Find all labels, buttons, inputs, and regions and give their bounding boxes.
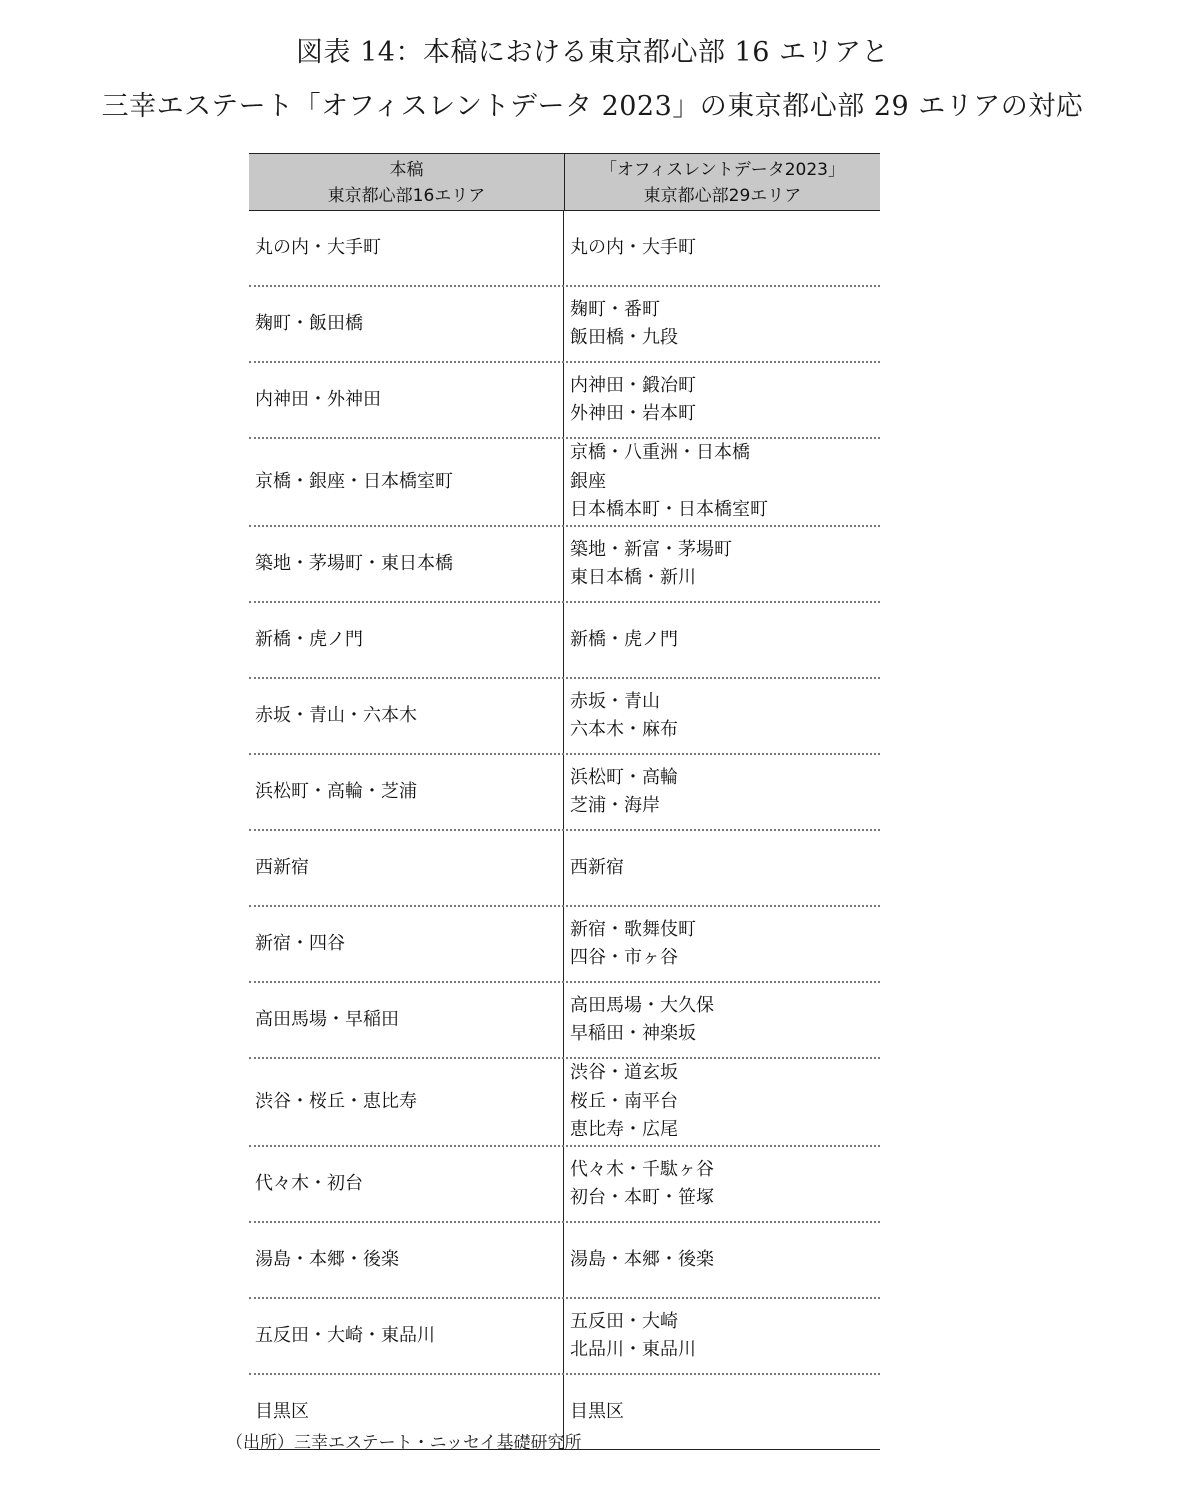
table-row: 五反田・大崎・東品川五反田・大崎北品川・東品川	[249, 1299, 880, 1375]
table-row: 赤坂・青山・六本木赤坂・青山六本木・麻布	[249, 679, 880, 755]
table-row: 内神田・外神田内神田・鍛冶町外神田・岩本町	[249, 363, 880, 439]
cell-rent-data-areas: 目黒区	[564, 1375, 879, 1449]
cell-rent-data-areas: 新橋・虎ノ門	[564, 603, 879, 677]
table-row: 西新宿西新宿	[249, 831, 880, 907]
cell-this-paper-area: 新橋・虎ノ門	[249, 603, 564, 677]
table-header: 本稿 東京都心部16エリア 「オフィスレントデータ2023」 東京都心部29エリ…	[249, 153, 880, 211]
table-row: 新橋・虎ノ門新橋・虎ノ門	[249, 603, 880, 679]
cell-this-paper-area: 高田馬場・早稲田	[249, 983, 564, 1057]
cell-this-paper-area: 京橋・銀座・日本橋室町	[249, 439, 564, 525]
cell-this-paper-area: 浜松町・高輪・芝浦	[249, 755, 564, 829]
cell-this-paper-area: 赤坂・青山・六本木	[249, 679, 564, 753]
cell-this-paper-area: 麹町・飯田橋	[249, 287, 564, 361]
cell-this-paper-area: 西新宿	[249, 831, 564, 905]
table-row: 丸の内・大手町丸の内・大手町	[249, 211, 880, 287]
table-body: 丸の内・大手町丸の内・大手町麹町・飯田橋麹町・番町飯田橋・九段内神田・外神田内神…	[249, 211, 880, 1450]
table-row: 築地・茅場町・東日本橋築地・新富・茅場町東日本橋・新川	[249, 527, 880, 603]
cell-this-paper-area: 代々木・初台	[249, 1147, 564, 1221]
cell-rent-data-areas: 内神田・鍛冶町外神田・岩本町	[564, 363, 879, 437]
cell-rent-data-areas: 五反田・大崎北品川・東品川	[564, 1299, 879, 1373]
cell-rent-data-areas: 高田馬場・大久保早稲田・神楽坂	[564, 983, 879, 1057]
cell-rent-data-areas: 赤坂・青山六本木・麻布	[564, 679, 879, 753]
table-row: 浜松町・高輪・芝浦浜松町・高輪芝浦・海岸	[249, 755, 880, 831]
table-row: 代々木・初台代々木・千駄ヶ谷初台・本町・笹塚	[249, 1147, 880, 1223]
cell-rent-data-areas: 新宿・歌舞伎町四谷・市ヶ谷	[564, 907, 879, 981]
figure-title-line2: 三幸エステート「オフィスレントデータ 2023」の東京都心部 29 エリアの対応	[0, 84, 1185, 123]
header-office-rent-data: 「オフィスレントデータ2023」 東京都心部29エリア	[565, 154, 880, 210]
table-row: 渋谷・桜丘・恵比寿渋谷・道玄坂桜丘・南平台恵比寿・広尾	[249, 1059, 880, 1147]
table-row: 新宿・四谷新宿・歌舞伎町四谷・市ヶ谷	[249, 907, 880, 983]
header-this-paper: 本稿 東京都心部16エリア	[249, 154, 565, 210]
area-mapping-table: 本稿 東京都心部16エリア 「オフィスレントデータ2023」 東京都心部29エリ…	[249, 153, 880, 1450]
cell-rent-data-areas: 西新宿	[564, 831, 879, 905]
cell-this-paper-area: 内神田・外神田	[249, 363, 564, 437]
cell-rent-data-areas: 渋谷・道玄坂桜丘・南平台恵比寿・広尾	[564, 1059, 879, 1145]
table-row: 麹町・飯田橋麹町・番町飯田橋・九段	[249, 287, 880, 363]
source-note: （出所）三幸エステート・ニッセイ基礎研究所	[226, 1428, 581, 1453]
figure-title-line1: 図表 14：本稿における東京都心部 16 エリアと	[0, 30, 1185, 69]
cell-rent-data-areas: 丸の内・大手町	[564, 211, 879, 285]
table-row: 高田馬場・早稲田高田馬場・大久保早稲田・神楽坂	[249, 983, 880, 1059]
cell-rent-data-areas: 浜松町・高輪芝浦・海岸	[564, 755, 879, 829]
cell-this-paper-area: 五反田・大崎・東品川	[249, 1299, 564, 1373]
cell-rent-data-areas: 麹町・番町飯田橋・九段	[564, 287, 879, 361]
cell-rent-data-areas: 京橋・八重洲・日本橋銀座日本橋本町・日本橋室町	[564, 439, 879, 525]
cell-this-paper-area: 築地・茅場町・東日本橋	[249, 527, 564, 601]
cell-this-paper-area: 丸の内・大手町	[249, 211, 564, 285]
cell-this-paper-area: 湯島・本郷・後楽	[249, 1223, 564, 1297]
cell-this-paper-area: 新宿・四谷	[249, 907, 564, 981]
cell-rent-data-areas: 築地・新富・茅場町東日本橋・新川	[564, 527, 879, 601]
table-row: 京橋・銀座・日本橋室町京橋・八重洲・日本橋銀座日本橋本町・日本橋室町	[249, 439, 880, 527]
cell-rent-data-areas: 湯島・本郷・後楽	[564, 1223, 879, 1297]
table-row: 湯島・本郷・後楽湯島・本郷・後楽	[249, 1223, 880, 1299]
cell-rent-data-areas: 代々木・千駄ヶ谷初台・本町・笹塚	[564, 1147, 879, 1221]
cell-this-paper-area: 渋谷・桜丘・恵比寿	[249, 1059, 564, 1145]
